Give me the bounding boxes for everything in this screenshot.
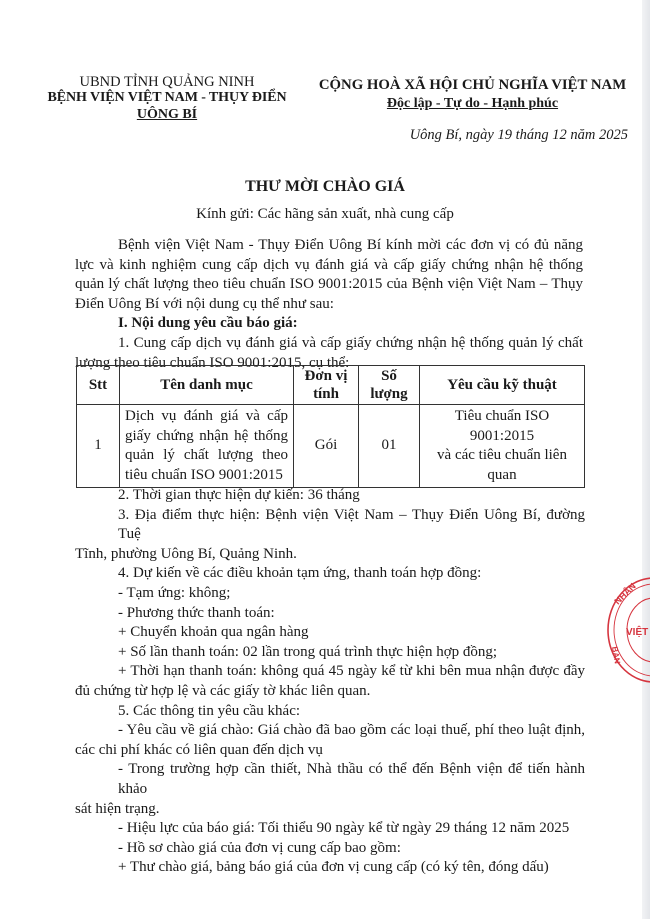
- section-items: 2. Thời gian thực hiện dự kiến: 36 tháng…: [75, 486, 585, 878]
- intro-paragraph: Bệnh viện Việt Nam - Thụy Điển Uông Bí k…: [75, 236, 583, 314]
- cell-stt: 1: [77, 405, 120, 488]
- national-heading: CỘNG HOÀ XÃ HỘI CHỦ NGHĨA VIỆT NAM Độc l…: [300, 76, 645, 113]
- table-header-row: Stt Tên danh mục Đơn vị tính Số lượng Yê…: [77, 366, 585, 405]
- col-name: Tên danh mục: [120, 366, 294, 405]
- cell-qty: 01: [359, 405, 420, 488]
- item-3-line2: Tĩnh, phường Uông Bí, Quảng Ninh.: [75, 545, 585, 565]
- payment-term-line2: đủ chứng từ hợp lệ và các giấy tờ khác l…: [75, 682, 585, 702]
- place-date: Uông Bí, ngày 19 tháng 12 năm 2025: [410, 127, 628, 144]
- table-row: 1 Dịch vụ đánh giá và cấp giấy chứng nhậ…: [77, 405, 585, 488]
- svg-text:NHÂN: NHÂN: [612, 580, 638, 606]
- issuer-authority: UBND TỈNH QUẢNG NINH: [40, 74, 294, 90]
- document-title: THƯ MỜI CHÀO GIÁ: [0, 178, 650, 196]
- site-survey-line1: - Trong trường hợp cần thiết, Nhà thầu c…: [75, 760, 585, 799]
- site-survey-line2: sát hiện trạng.: [75, 800, 585, 820]
- payment-times: + Số lần thanh toán: 02 lần trong quá tr…: [75, 643, 585, 663]
- page-edge: [642, 0, 650, 919]
- cell-unit: Gói: [294, 405, 359, 488]
- col-qty: Số lượng: [359, 366, 420, 405]
- issuer-organization: BỆNH VIỆN VIỆT NAM - THỤY ĐIỂN: [40, 90, 294, 106]
- price-requirement-line1: - Yêu cầu về giá chào: Giá chào đã bao g…: [75, 721, 585, 741]
- issuer-organization-line2: UÔNG BÍ: [137, 107, 197, 123]
- col-spec: Yêu cầu kỹ thuật: [420, 366, 585, 405]
- col-stt: Stt: [77, 366, 120, 405]
- payment-term-line1: + Thời hạn thanh toán: không quá 45 ngày…: [75, 662, 585, 682]
- col-unit: Đơn vị tính: [294, 366, 359, 405]
- item-4-title: 4. Dự kiến về các điều khoản tạm ứng, th…: [75, 564, 585, 584]
- cell-name: Dịch vụ đánh giá và cấp giấy chứng nhận …: [120, 405, 294, 488]
- cell-spec: Tiêu chuẩn ISO 9001:2015 và các tiêu chu…: [420, 405, 585, 488]
- svg-text:BAN: BAN: [610, 646, 622, 665]
- section-title: I. Nội dung yêu cầu báo giá:: [118, 315, 298, 332]
- payment-transfer: + Chuyển khoản qua ngân hàng: [75, 623, 585, 643]
- seal-stamp-icon: NHÂN VIỆT N BAN: [604, 575, 650, 685]
- item-2: 2. Thời gian thực hiện dự kiến: 36 tháng: [75, 486, 585, 506]
- dossier-item-1: + Thư chào giá, bảng báo giá của đơn vị …: [75, 858, 585, 878]
- svg-text:VIỆT N: VIỆT N: [626, 625, 650, 638]
- quote-validity: - Hiệu lực của báo giá: Tối thiểu 90 ngà…: [75, 819, 585, 839]
- national-motto: Độc lập - Tự do - Hạnh phúc: [387, 95, 558, 113]
- greeting: Kính gửi: Các hãng sản xuất, nhà cung cấ…: [0, 206, 650, 223]
- spec-line-2: và các tiêu chuẩn liên quan: [424, 446, 580, 485]
- item-5-title: 5. Các thông tin yêu cầu khác:: [75, 702, 585, 722]
- issuer-block: UBND TỈNH QUẢNG NINH BỆNH VIỆN VIỆT NAM …: [40, 74, 294, 123]
- requirements-table: Stt Tên danh mục Đơn vị tính Số lượng Yê…: [76, 365, 585, 488]
- advance-payment: - Tạm ứng: không;: [75, 584, 585, 604]
- nation-name: CỘNG HOÀ XÃ HỘI CHỦ NGHĨA VIỆT NAM: [300, 76, 645, 94]
- dossier-title: - Hồ sơ chào giá của đơn vị cung cấp bao…: [75, 839, 585, 859]
- spec-line-1: Tiêu chuẩn ISO 9001:2015: [424, 407, 580, 446]
- item-3-line1: 3. Địa điểm thực hiện: Bệnh viện Việt Na…: [75, 506, 585, 545]
- document-page: UBND TỈNH QUẢNG NINH BỆNH VIỆN VIỆT NAM …: [0, 0, 650, 919]
- payment-method-title: - Phương thức thanh toán:: [75, 604, 585, 624]
- price-requirement-line2: các chi phí khác có liên quan đến dịch v…: [75, 741, 585, 761]
